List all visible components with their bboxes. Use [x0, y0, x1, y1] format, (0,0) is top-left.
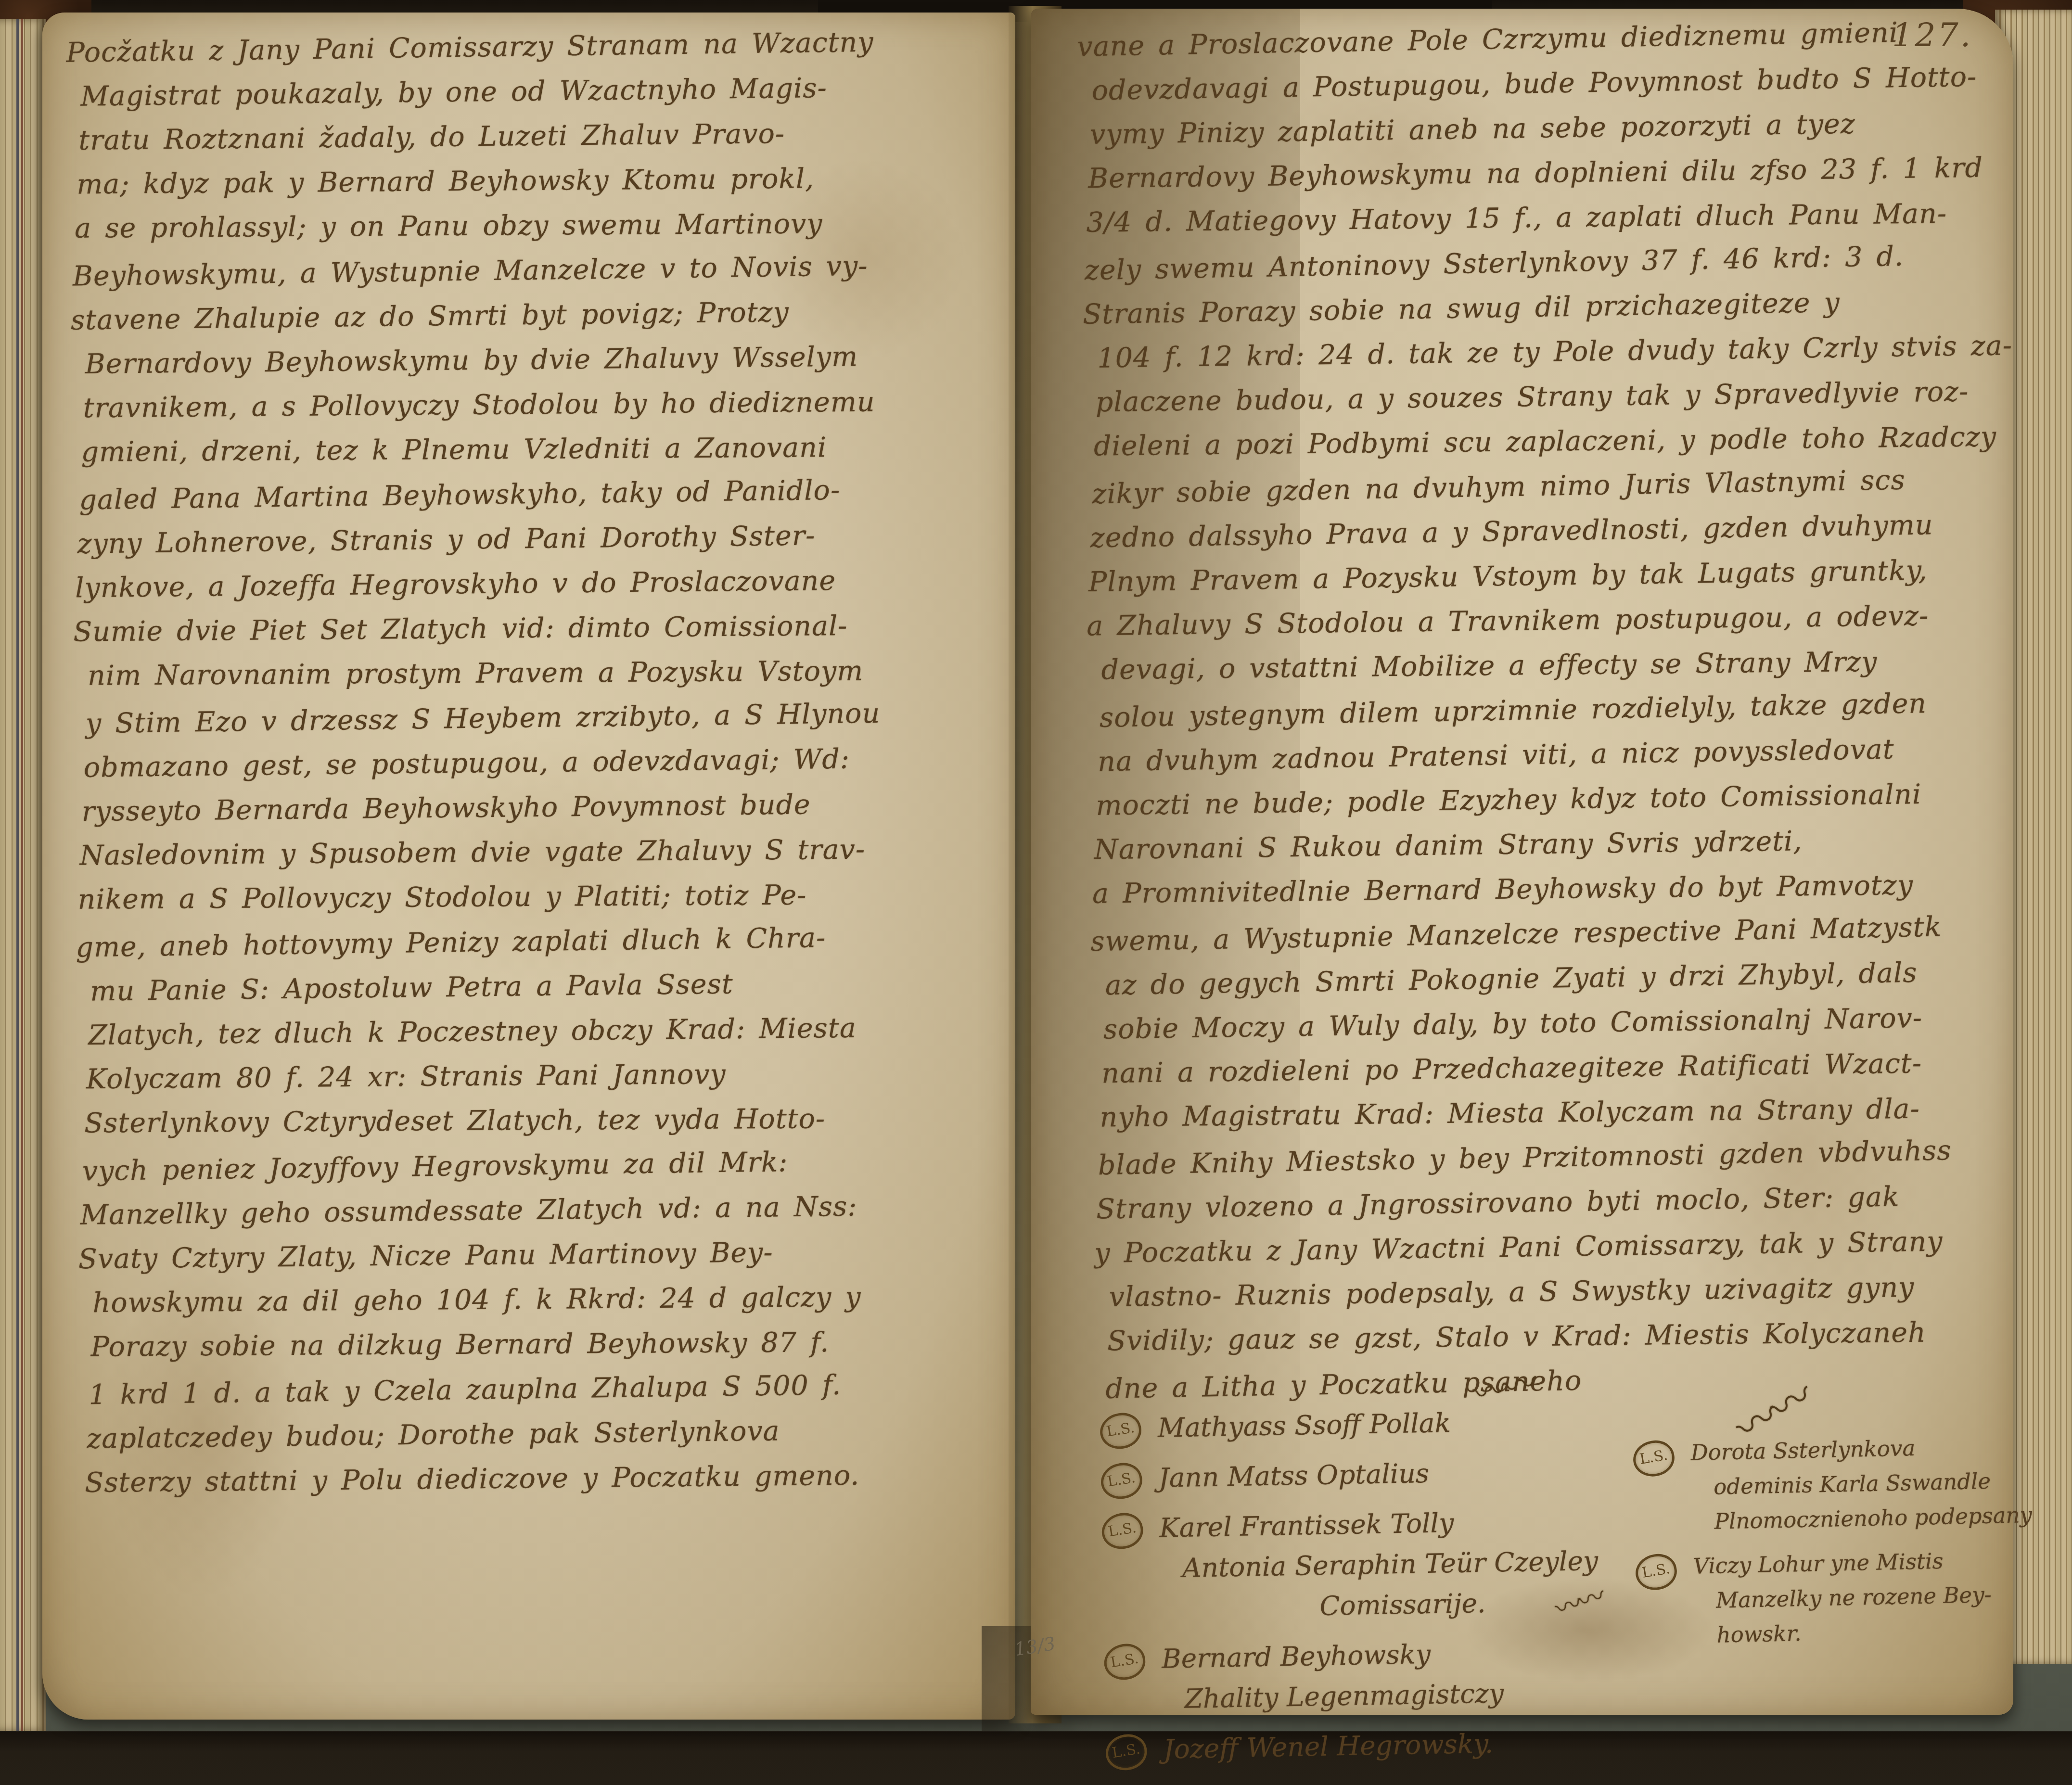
manuscript-line: Porazy sobie na dilzkug Bernard Beyhowsk… — [90, 1326, 1003, 1376]
manuscript-line: nikem a S Pollovyczy Stodolou y Platiti;… — [77, 878, 998, 929]
manuscript-line: Zlatych, tez dluch k Poczestney obczy Kr… — [88, 1011, 1000, 1064]
manuscript-line: gmieni, drzeni, tez k Plnemu Vzledniti a… — [81, 431, 994, 481]
seal-ls-circle: L.S. — [1633, 1551, 1679, 1593]
signature-line: Plnomocznienoho podepsany — [1714, 1502, 2033, 1543]
signature-lines: Bernard BeyhowskyZhality Legenmagistczy — [1162, 1637, 1504, 1724]
signature-line: Antonia Seraphin Teür Czeyley — [1182, 1545, 1598, 1593]
signature-lines: Dorota Ssterlynkovaodeminis Karla Sswand… — [1690, 1433, 2033, 1544]
manuscript-line: ma; kdyz pak y Bernard Beyhowsky Ktomu p… — [77, 162, 992, 214]
seal-ls-circle: L.S. — [1101, 1641, 1148, 1683]
signature-entry: L.S.Jann Matss Optalius — [1100, 1454, 1640, 1504]
manuscript-line: Ssterzy stattni y Polu diediczove y Pocz… — [85, 1458, 1004, 1512]
seal-ls-circle: L.S. — [1098, 1410, 1144, 1452]
seal-ls-circle: L.S. — [1099, 1510, 1146, 1552]
signature-column-left: L.S.Mathyass Ssoff PollakL.S.Jann Matss … — [1100, 1404, 1645, 1731]
signature-lines: Jann Matss Optalius — [1158, 1458, 1430, 1503]
signature-column-right: L.S.Dorota Ssterlynkovaodeminis Karla Ss… — [1633, 1432, 2061, 1668]
seal-ls-circle: L.S. — [1631, 1438, 1677, 1479]
signature-line: Zhality Legenmagistczy — [1184, 1678, 1504, 1724]
manuscript-line: Svaty Cztyry Zlaty, Nicze Panu Martinovy… — [78, 1235, 1002, 1288]
left-page-edges — [0, 19, 46, 1731]
manuscript-line: Sumie dvie Piet Set Zlatych vid: dimto C… — [73, 609, 996, 661]
seal-ls-circle: L.S. — [1099, 1460, 1145, 1502]
manuscript-line: Nasledovnim y Spusobem dvie vgate Zhaluv… — [79, 832, 998, 884]
signature-line: Bernard Beyhowsky — [1162, 1637, 1504, 1683]
signature-line: Karel Frantissek Tolly — [1159, 1505, 1598, 1553]
manuscript-line: rysseyto Bernarda Beyhowskyho Povymnost … — [81, 787, 998, 841]
signature-line: Viczy Lohur yne Mistis — [1693, 1547, 1991, 1588]
manuscript-line: Ssterlynkovy Cztyrydeset Zlatych, tez vy… — [84, 1102, 1001, 1152]
signature-line: Jann Matss Optalius — [1158, 1458, 1430, 1503]
signature-line: howskr. — [1716, 1617, 1993, 1657]
left-page-text: Pocžatku z Jany Pani Comissarzy Stranam … — [66, 26, 1004, 1512]
right-page-text: vane a Proslaczovane Pole Czrzymu diediz… — [1077, 17, 2001, 1416]
edge-decoration-red-line — [21, 19, 23, 1731]
signature-lines: Viczy Lohur yne MistisManzelky ne rozene… — [1693, 1547, 1993, 1657]
manuscript-line: howskymu za dil geho 104 f. k Rkrd: 24 d… — [92, 1280, 1002, 1332]
manuscript-line: a se prohlassyl; y on Panu obzy swemu Ma… — [75, 207, 992, 257]
signature-line: Jozeff Wenel Hegrowsky. — [1163, 1728, 1494, 1731]
edge-decoration-blue-line — [16, 19, 19, 1731]
signature-line: odeminis Karla Sswandle — [1714, 1467, 2032, 1509]
manuscript-line: Kolyczam 80 f. 24 xr: Stranis Pani Janno… — [86, 1056, 1000, 1108]
signature-entry: L.S.Viczy Lohur yne MistisManzelky ne ro… — [1635, 1546, 2060, 1658]
manuscript-line: Bernardovy Beyhowskymu by dvie Zhaluvy W… — [85, 340, 994, 393]
signature-entry: L.S.Jozeff Wenel Hegrowsky. — [1105, 1725, 1645, 1731]
signature-lines: Mathyass Ssoff Pollak — [1157, 1407, 1451, 1453]
signature-line: Manzelky ne rozene Bey- — [1716, 1582, 1992, 1622]
manuscript-line: travnikem, a s Pollovyczy Stodolou by ho… — [83, 385, 994, 437]
signature-entry: L.S.Dorota Ssterlynkovaodeminis Karla Ss… — [1633, 1432, 2058, 1545]
manuscript-line: tratu Roztznani žadaly, do Luzeti Zhaluv… — [78, 116, 991, 169]
manuscript-line: lynkove, a Jozeffa Hegrovskyho v do Pros… — [75, 563, 996, 617]
signature-line: Mathyass Ssoff Pollak — [1157, 1407, 1451, 1453]
manuscript-line: nim Narovnanim prostym Pravem a Pozysku … — [88, 654, 997, 705]
signature-entry: L.S.Bernard BeyhowskyZhality Legenmagist… — [1104, 1635, 1644, 1725]
signature-lines: Karel Frantissek TollyAntonia Seraphin T… — [1159, 1505, 1599, 1634]
signature-lines: Jozeff Wenel Hegrowsky. — [1163, 1728, 1494, 1731]
